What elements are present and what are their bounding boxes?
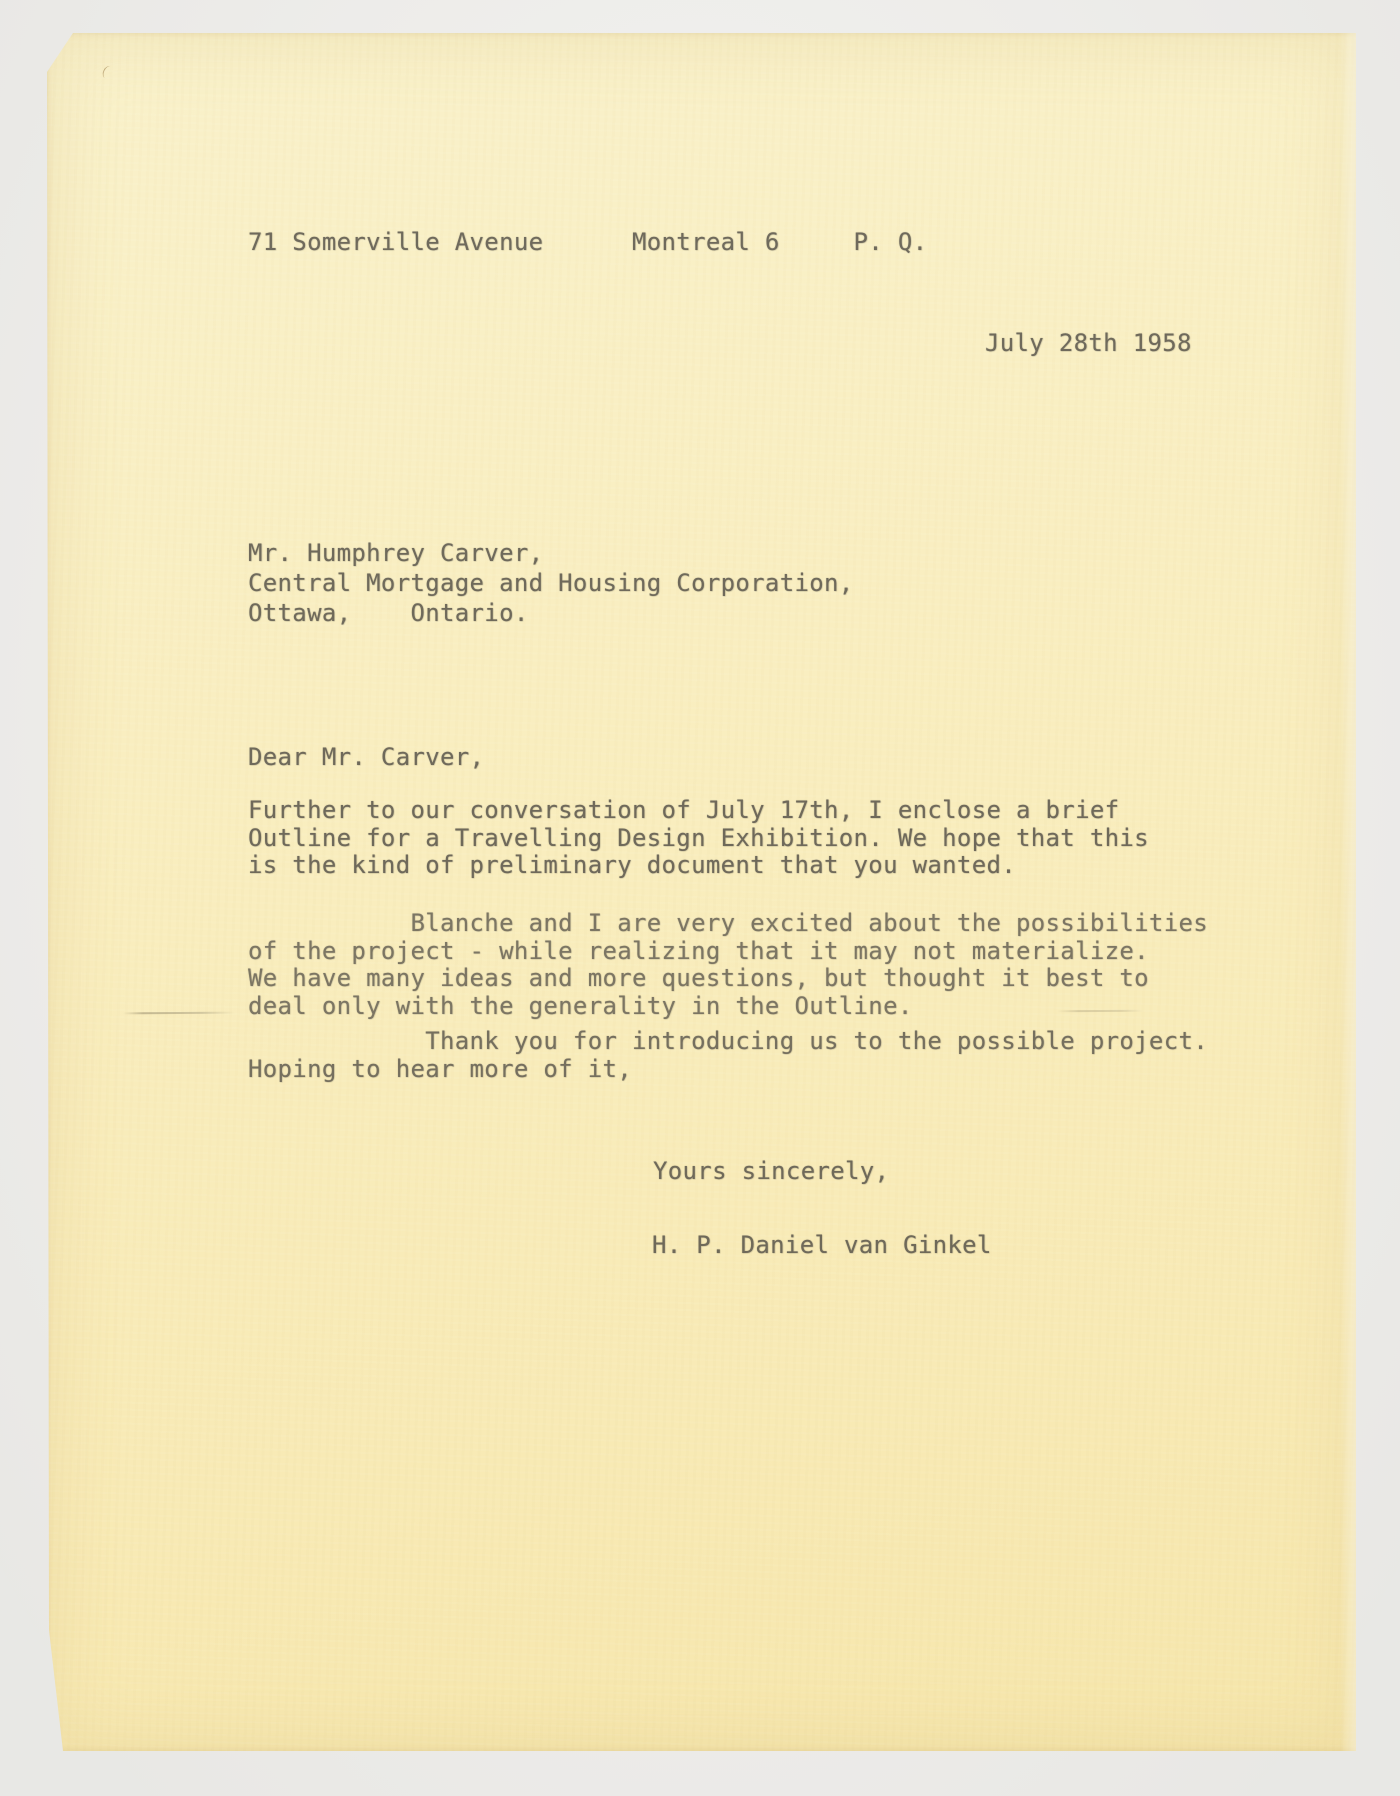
closing-line: Yours sincerely, — [653, 1158, 889, 1186]
sender-address-line: 71 Somerville Avenue Montreal 6 P. Q. — [248, 229, 927, 257]
body-paragraph-1: Further to our conversation of July 17th… — [248, 797, 1149, 880]
date-line: July 28th 1958 — [985, 330, 1192, 358]
recipient-address-block: Mr. Humphrey Carver, Central Mortgage an… — [248, 538, 854, 628]
paper-fiber-speck — [101, 65, 115, 81]
body-paragraph-3: Thank you for introducing us to the poss… — [248, 1028, 1208, 1083]
fold-crease-mark-left — [123, 1012, 235, 1015]
body-paragraph-2: Blanche and I are very excited about the… — [248, 910, 1208, 1020]
salutation-line: Dear Mr. Carver, — [248, 744, 484, 772]
scan-background: 71 Somerville Avenue Montreal 6 P. Q. Ju… — [0, 0, 1400, 1796]
letter-sheet: 71 Somerville Avenue Montreal 6 P. Q. Ju… — [47, 33, 1356, 1751]
signature-line: H. P. Daniel van Ginkel — [652, 1232, 992, 1260]
